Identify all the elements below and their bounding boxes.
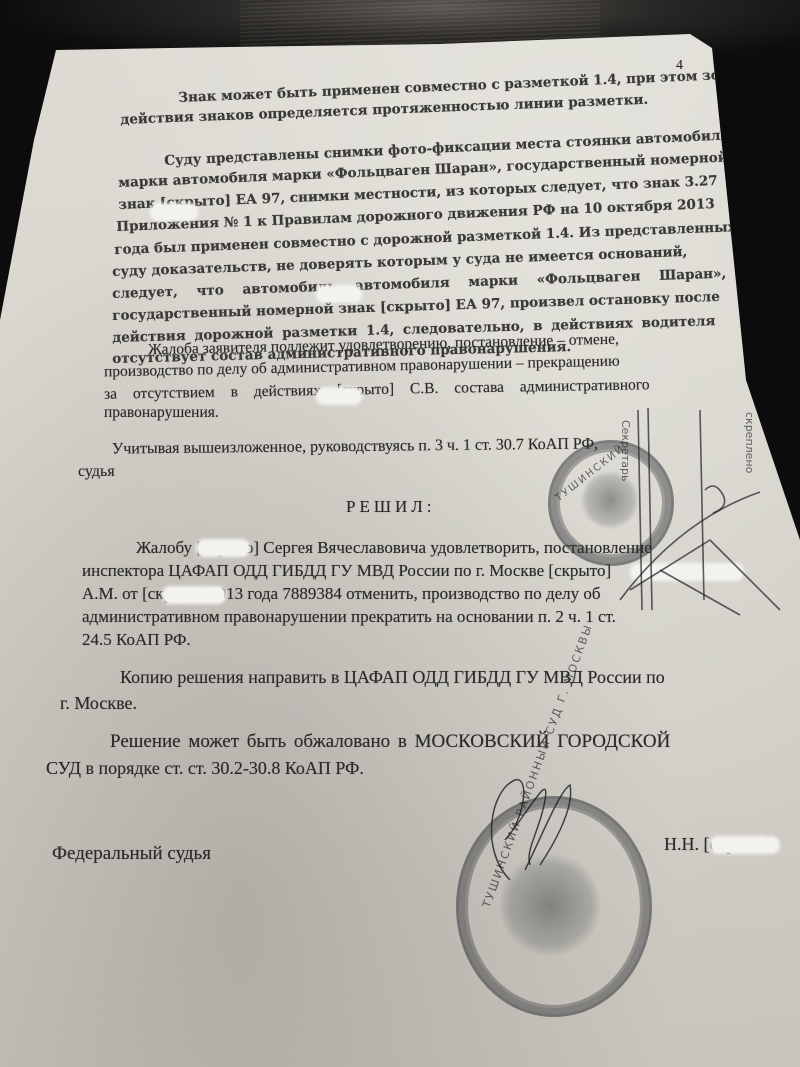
paragraph-complaint-line-3: за отсутствием в действиях [скрыто] С.В.…	[104, 376, 650, 404]
redaction-plate-2	[318, 287, 360, 301]
copy-line-2: г. Москве.	[60, 693, 137, 714]
ruling-line-4: административном правонарушении прекрати…	[82, 607, 616, 627]
judge-word: судья	[78, 463, 115, 481]
copy-line-1: Копию решения направить в ЦАФАП ОДД ГИБД…	[120, 667, 665, 688]
decided-heading: РЕШИЛ:	[346, 497, 436, 517]
appeal-line-1: Решение может быть обжаловано в МОСКОВСК…	[110, 731, 670, 753]
ruling-line-2: инспектора ЦАФАП ОДД ГИБДД ГУ МВД России…	[82, 561, 611, 581]
paragraph-complaint-line-4: правонарушения.	[104, 404, 219, 422]
ruling-line-5: 24.5 КоАП РФ.	[82, 630, 191, 650]
ruling-line-3: А.М. от [скрыто] 2013 года 7889384 отмен…	[82, 584, 601, 604]
redaction-date	[164, 588, 224, 602]
redaction-name-1	[318, 389, 360, 403]
considering-line: Учитывая вышеизложенное, руководствуясь …	[112, 435, 598, 458]
redaction-plate-1	[152, 205, 196, 219]
judge-signature	[470, 770, 580, 890]
document-page: 4 Знак может быть применен совместно с р…	[0, 0, 800, 1067]
binding-signature-marks	[600, 400, 800, 620]
signature-title: Федеральный судья	[52, 843, 211, 865]
appeal-line-2: СУД в порядке ст. ст. 30.2-30.8 КоАП РФ.	[46, 758, 364, 779]
background-paper-stack	[240, 0, 600, 45]
redaction-judge-name	[712, 838, 778, 852]
redaction-surname	[198, 541, 248, 555]
